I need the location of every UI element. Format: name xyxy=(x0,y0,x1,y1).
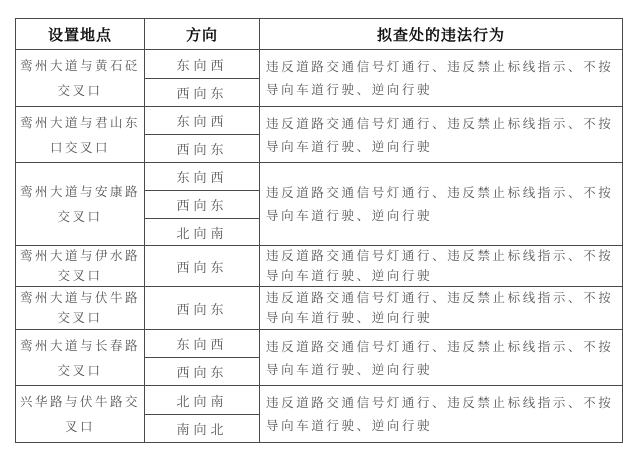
table-row: 鸾州大道与伏牛路交叉口 西向东 违反道路交通信号灯通行、违反禁止标线指示、不按导… xyxy=(16,287,623,330)
violation-cell: 违反道路交通信号灯通行、违反禁止标线指示、不按导向车道行驶、逆向行驶 xyxy=(260,246,623,287)
header-location: 设置地点 xyxy=(16,19,145,50)
violation-cell: 违反道路交通信号灯通行、违反禁止标线指示、不按导向车道行驶、逆向行驶 xyxy=(260,107,623,163)
direction-cell: 西向东 xyxy=(145,79,260,107)
direction-cell: 东向西 xyxy=(145,330,260,358)
direction-cell: 西向东 xyxy=(145,191,260,219)
location-cell: 鸾州大道与伏牛路交叉口 xyxy=(16,287,145,330)
direction-cell: 东向西 xyxy=(145,163,260,191)
table-row: 兴华路与伏牛路交叉口 北向南 违反道路交通信号灯通行、违反禁止标线指示、不按导向… xyxy=(16,386,623,415)
direction-cell: 东向西 xyxy=(145,50,260,79)
violation-cell: 违反道路交通信号灯通行、违反禁止标线指示、不按导向车道行驶、逆向行驶 xyxy=(260,50,623,107)
direction-cell: 西向东 xyxy=(145,135,260,163)
direction-cell: 南向北 xyxy=(145,415,260,443)
direction-cell: 西向东 xyxy=(145,287,260,330)
header-row: 设置地点 方向 拟查处的违法行为 xyxy=(16,19,623,50)
enforcement-locations-table: 设置地点 方向 拟查处的违法行为 鸾州大道与黄石砭交叉口 东向西 违反道路交通信… xyxy=(15,18,623,443)
violation-cell: 违反道路交通信号灯通行、违反禁止标线指示、不按导向车道行驶、逆向行驶 xyxy=(260,330,623,386)
table-row: 鸾州大道与君山东口交叉口 东向西 违反道路交通信号灯通行、违反禁止标线指示、不按… xyxy=(16,107,623,135)
violation-cell: 违反道路交通信号灯通行、违反禁止标线指示、不按导向车道行驶、逆向行驶 xyxy=(260,163,623,246)
table-row: 鸾州大道与黄石砭交叉口 东向西 违反道路交通信号灯通行、违反禁止标线指示、不按导… xyxy=(16,50,623,79)
table-row: 鸾州大道与伊水路交叉口 西向东 违反道路交通信号灯通行、违反禁止标线指示、不按导… xyxy=(16,246,623,287)
location-cell: 鸾州大道与黄石砭交叉口 xyxy=(16,50,145,107)
direction-cell: 北向南 xyxy=(145,386,260,415)
direction-cell: 东向西 xyxy=(145,107,260,135)
violation-cell: 违反道路交通信号灯通行、违反禁止标线指示、不按导向车道行驶、逆向行驶 xyxy=(260,386,623,443)
location-cell: 鸾州大道与安康路交叉口 xyxy=(16,163,145,246)
violation-cell: 违反道路交通信号灯通行、违反禁止标线指示、不按导向车道行驶、逆向行驶 xyxy=(260,287,623,330)
table-row: 鸾州大道与安康路交叉口 东向西 违反道路交通信号灯通行、违反禁止标线指示、不按导… xyxy=(16,163,623,191)
location-cell: 鸾州大道与长春路交叉口 xyxy=(16,330,145,386)
table-row: 鸾州大道与长春路交叉口 东向西 违反道路交通信号灯通行、违反禁止标线指示、不按导… xyxy=(16,330,623,358)
header-violation: 拟查处的违法行为 xyxy=(260,19,623,50)
direction-cell: 西向东 xyxy=(145,358,260,386)
direction-cell: 北向南 xyxy=(145,219,260,246)
location-cell: 鸾州大道与君山东口交叉口 xyxy=(16,107,145,163)
direction-cell: 西向东 xyxy=(145,246,260,287)
header-direction: 方向 xyxy=(145,19,260,50)
location-cell: 鸾州大道与伊水路交叉口 xyxy=(16,246,145,287)
location-cell: 兴华路与伏牛路交叉口 xyxy=(16,386,145,443)
